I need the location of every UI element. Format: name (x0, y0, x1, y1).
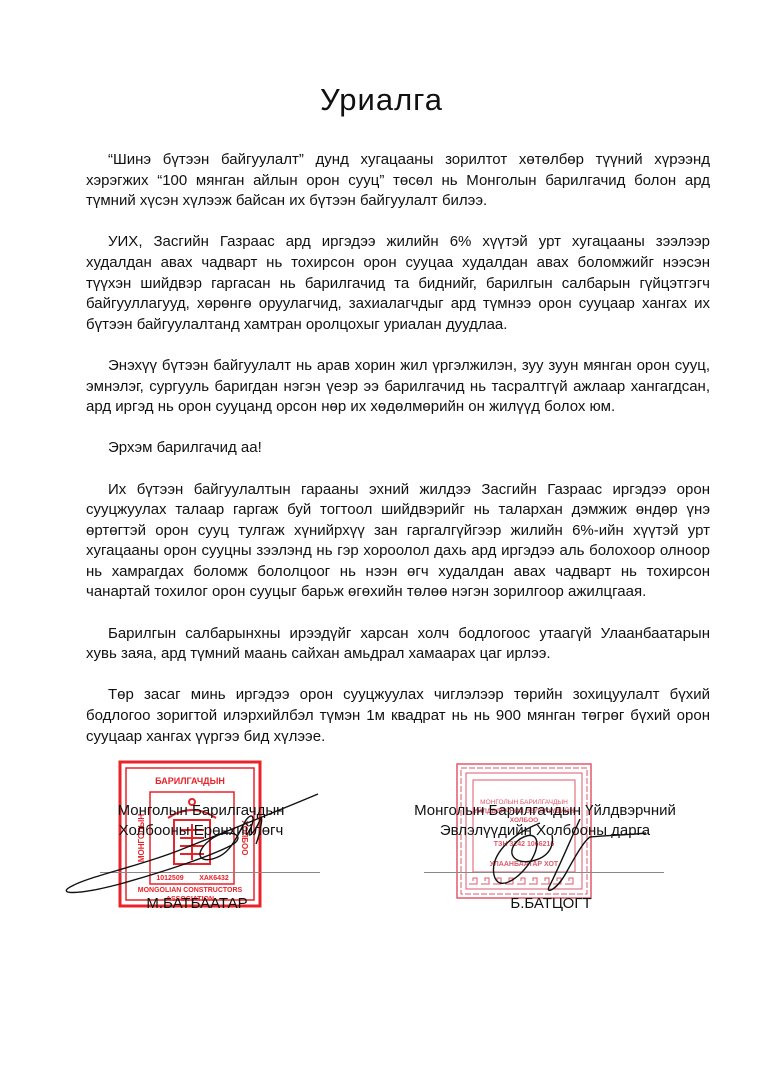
document-title: Уриалга (0, 82, 763, 118)
paragraph: Барилгын салбарынхны ирээдүйг харсан хол… (86, 624, 710, 665)
signature-1-scribble (60, 790, 330, 900)
signatory-2-name: Б.БАТЦОГТ (440, 895, 662, 912)
paragraph: Төр засаг минь иргэдээ орон сууцжуулах ч… (86, 685, 710, 747)
paragraph: Энэхүү бүтээн байгуулалт нь арав хорин ж… (86, 356, 710, 418)
document-body: “Шинэ бүтээн байгуулалт” дунд хугацааны … (86, 150, 710, 768)
signature-2-scribble (480, 815, 650, 895)
salutation: Эрхэм барилгачид аа! (86, 438, 710, 459)
paragraph: “Шинэ бүтээн байгуулалт” дунд хугацааны … (86, 150, 710, 212)
svg-text:БАРИЛГАЧДЫН: БАРИЛГАЧДЫН (155, 776, 225, 786)
paragraph: Их бүтээн байгуулалтын гарааны эхний жил… (86, 480, 710, 604)
paragraph: УИХ, Засгийн Газраас ард иргэдээ жилийн … (86, 232, 710, 335)
